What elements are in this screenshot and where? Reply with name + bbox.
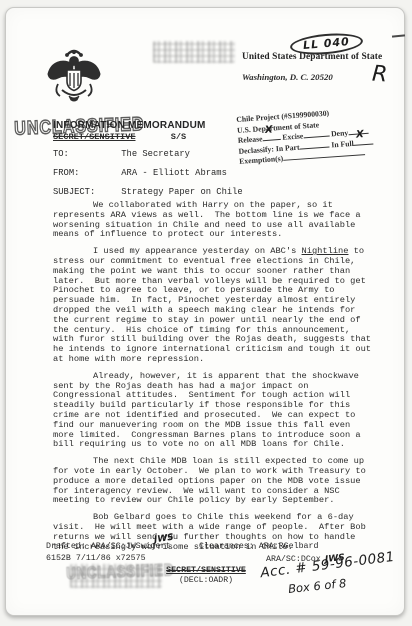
paragraph-1: We collaborated with Harry on the paper,… [53, 201, 371, 240]
from-row: FROM: ARA - Elliott Abrams [53, 168, 227, 178]
declassification-note: (DECL:OADR) [151, 576, 261, 585]
office-symbol: S/S [171, 132, 186, 142]
state-department-seal-icon [42, 46, 106, 104]
paragraph-3: Already, however, it is apparent that th… [53, 372, 371, 450]
to-label: TO: [53, 149, 116, 159]
memo-document-page: United States Department of State Washin… [5, 7, 405, 616]
nightline-underlined: Nightline [302, 246, 349, 256]
memo-body: We collaborated with Harry on the paper,… [53, 201, 371, 559]
faded-stamp-smudge [153, 41, 235, 63]
paragraph-4: The next Chile MDB loan is still expecte… [53, 457, 371, 506]
subject-label: SUBJECT: [53, 187, 116, 197]
handwritten-box-number: Box 6 of 8 [287, 576, 347, 596]
clearances-label: Clearances: [199, 542, 259, 551]
pen-dash-mark [392, 34, 405, 37]
memo-type-title: INFORMATION MEMORANDUM [53, 120, 206, 131]
drafted-line: Drafted: ARA/SC:JWSwigert [46, 542, 170, 551]
to-row: TO: The Secretary [53, 149, 190, 159]
drafted-label: Drafted: [46, 542, 91, 551]
subject-row: SUBJECT: Strategy Paper on Chile [53, 187, 243, 197]
memo-classification-line: SECRET/SENSITIVE S/S [53, 132, 186, 142]
subject-value: Strategy Paper on Chile [121, 187, 242, 197]
in-full-x-mark: X [356, 130, 364, 141]
release-review-stamp: Chile Project (#S199900030) U.S. Departm… [236, 103, 412, 168]
clearances-line: Clearances: ARA:RGelbard [199, 542, 319, 551]
release-x-mark: X [265, 126, 273, 137]
struck-classification: SECRET/SENSITIVE [53, 132, 136, 142]
to-value: The Secretary [121, 149, 190, 159]
bottom-classification: SECRET/SENSITIVE (DECL:OADR) [151, 566, 261, 585]
paragraph-2: I used my appearance yesterday on ABC's … [53, 247, 371, 365]
handwritten-initial-r: R [371, 61, 388, 87]
clearance-1: ARA:RGelbard [259, 542, 319, 551]
from-label: FROM: [53, 168, 116, 178]
from-value: ARA - Elliott Abrams [121, 168, 227, 178]
struck-classification-bottom: SECRET/SENSITIVE [151, 566, 261, 575]
